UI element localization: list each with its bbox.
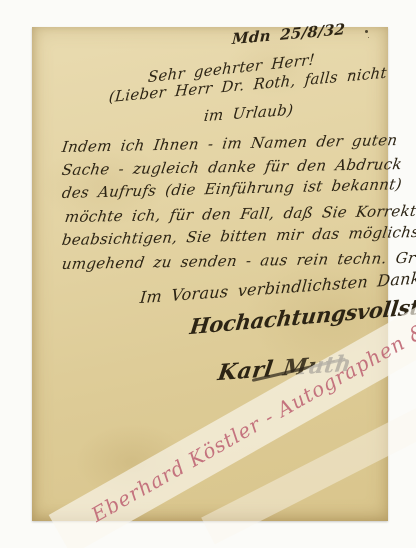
greeting-note-line-2: im Urlaub)	[203, 101, 294, 125]
body-line: Indem ich Ihnen - im Namen der guten	[61, 131, 399, 156]
date-line: Mdn 25/8/32	[232, 20, 346, 48]
scanned-photo: Mdn 25/8/32 Sehr geehrter Herr! (Lieber …	[0, 0, 416, 548]
signature-first-name: Karl	[216, 356, 275, 386]
ink-speck	[350, 72, 353, 75]
body-line: beabsichtigen, Sie bitten mir das möglic…	[61, 223, 416, 249]
ink-speck	[365, 30, 368, 33]
body-line: des Aufrufs (die Einführung ist bekannt)	[61, 175, 403, 202]
body-line: umgehend zu senden - aus rein techn. Grü…	[61, 248, 416, 273]
body-line: möchte ich, für den Fall, daß Sie Korrek…	[64, 201, 416, 226]
